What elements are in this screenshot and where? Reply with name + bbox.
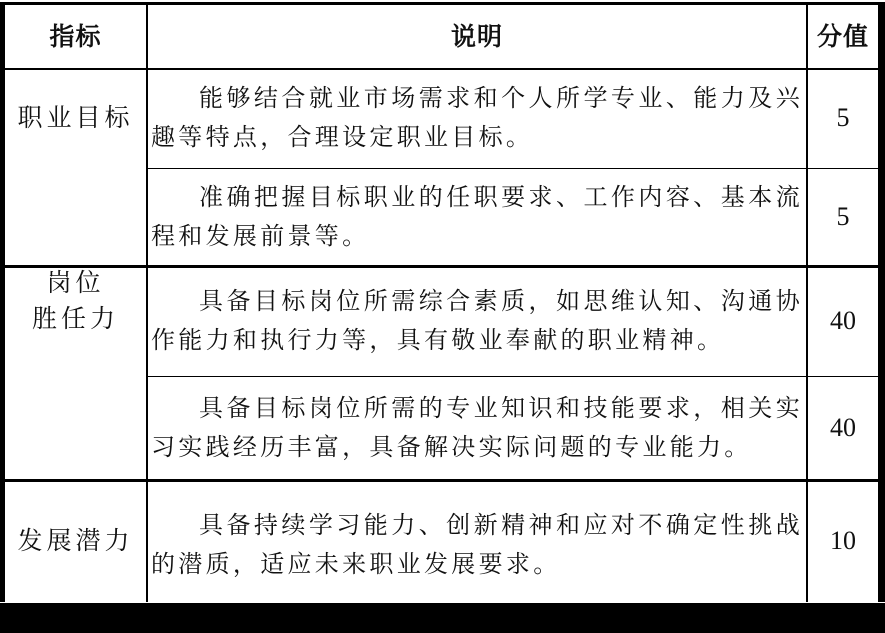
indicator-line1: 岗位 bbox=[46, 265, 104, 301]
description-text: 能够结合就业市场需求和个人所学专业、能力及兴趣等特点，合理设定职业目标。 bbox=[151, 79, 803, 157]
description-text: 具备目标岗位所需综合素质，如思维认知、沟通协作能力和执行力等，具有敬业奉献的职业… bbox=[151, 282, 803, 360]
table-border-left bbox=[0, 2, 5, 602]
description-text: 准确把握目标职业的任职要求、工作内容、基本流程和发展前景等。 bbox=[151, 178, 803, 256]
score-cell: 5 bbox=[807, 68, 879, 168]
row-divider bbox=[4, 68, 879, 70]
score-cell: 5 bbox=[807, 168, 879, 266]
description-cell: 具备持续学习能力、创新精神和应对不确定性挑战的潜质，适应未来职业发展要求。 bbox=[147, 480, 807, 602]
description-cell: 能够结合就业市场需求和个人所学专业、能力及兴趣等特点，合理设定职业目标。 bbox=[147, 68, 807, 168]
table-border-top bbox=[4, 2, 879, 5]
scoring-table: 指标 说明 分值 职业目标 能够结合就业市场需求和个人所学专业、能力及兴趣等特点… bbox=[4, 2, 879, 602]
column-divider bbox=[146, 2, 148, 602]
indicator-career-goal: 职业目标 bbox=[4, 68, 147, 168]
column-divider bbox=[806, 2, 808, 602]
document-sheet: 指标 说明 分值 职业目标 能够结合就业市场需求和个人所学专业、能力及兴趣等特点… bbox=[0, 0, 885, 603]
header-score: 分值 bbox=[807, 2, 879, 68]
score-cell: 40 bbox=[807, 266, 879, 376]
description-text: 具备目标岗位所需的专业知识和技能要求，相关实习实践经历丰富，具备解决实际问题的专… bbox=[151, 389, 803, 467]
description-cell: 具备目标岗位所需综合素质，如思维认知、沟通协作能力和执行力等，具有敬业奉献的职业… bbox=[147, 266, 807, 376]
description-text: 具备持续学习能力、创新精神和应对不确定性挑战的潜质，适应未来职业发展要求。 bbox=[151, 506, 803, 584]
score-cell: 40 bbox=[807, 376, 879, 480]
header-description: 说明 bbox=[147, 2, 807, 68]
page: 指标 说明 分值 职业目标 能够结合就业市场需求和个人所学专业、能力及兴趣等特点… bbox=[0, 0, 885, 633]
row-divider bbox=[147, 168, 879, 169]
indicator-job-competency: 岗位 胜任力 bbox=[4, 266, 147, 376]
header-indicator: 指标 bbox=[4, 2, 147, 68]
group-divider bbox=[4, 265, 879, 268]
table-border-right bbox=[878, 2, 885, 602]
indicator-development-potential: 发展潜力 bbox=[4, 480, 147, 602]
indicator-line2: 胜任力 bbox=[32, 301, 119, 337]
description-cell: 准确把握目标职业的任职要求、工作内容、基本流程和发展前景等。 bbox=[147, 168, 807, 266]
description-cell: 具备目标岗位所需的专业知识和技能要求，相关实习实践经历丰富，具备解决实际问题的专… bbox=[147, 376, 807, 480]
row-divider bbox=[147, 376, 879, 377]
score-cell: 10 bbox=[807, 480, 879, 602]
group-divider bbox=[4, 479, 879, 482]
